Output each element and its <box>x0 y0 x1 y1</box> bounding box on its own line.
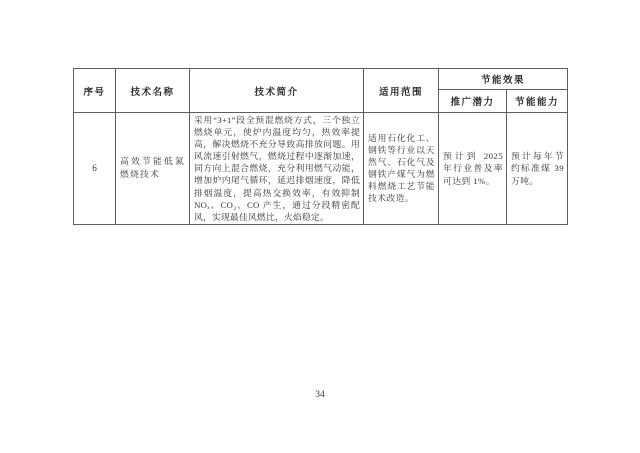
table-row: 6 高效节能低氮燃烧技术 采用“3+1”段全预混燃烧方式，三个独立燃烧单元，使炉… <box>74 113 568 225</box>
header-potential: 推广潜力 <box>439 90 507 113</box>
document-page: 序号 技术名称 技术简介 适用范围 节能效果 推广潜力 节能能力 6 高效节能低… <box>0 0 640 453</box>
row-technology-name: 高效节能低氮燃烧技术 <box>116 113 190 225</box>
table-header-row-1: 序号 技术名称 技术简介 适用范围 节能效果 <box>74 69 568 90</box>
header-index: 序号 <box>74 69 116 113</box>
header-capability: 节能能力 <box>507 90 568 113</box>
row-promotion-potential: 预计到 2025 年行业普及率可达到 1%。 <box>439 113 507 225</box>
header-effect: 节能效果 <box>439 69 568 90</box>
row-index: 6 <box>74 113 116 225</box>
header-brief: 技术简介 <box>190 69 364 113</box>
row-applicable-scope: 适用石化化工、钢铁等行业以天然气、石化气及钢铁产煤气为燃料燃烧工艺节能技术改造。 <box>364 113 439 225</box>
row-energy-saving-capability: 预计每年节约标准煤 39 万吨。 <box>507 113 568 225</box>
page-number: 34 <box>73 390 567 400</box>
technology-table: 序号 技术名称 技术简介 适用范围 节能效果 推广潜力 节能能力 6 高效节能低… <box>73 68 568 225</box>
header-scope: 适用范围 <box>364 69 439 113</box>
row-technology-brief: 采用“3+1”段全预混燃烧方式，三个独立燃烧单元，使炉内温度均匀，热效率提高，解… <box>190 113 364 225</box>
header-name: 技术名称 <box>116 69 190 113</box>
